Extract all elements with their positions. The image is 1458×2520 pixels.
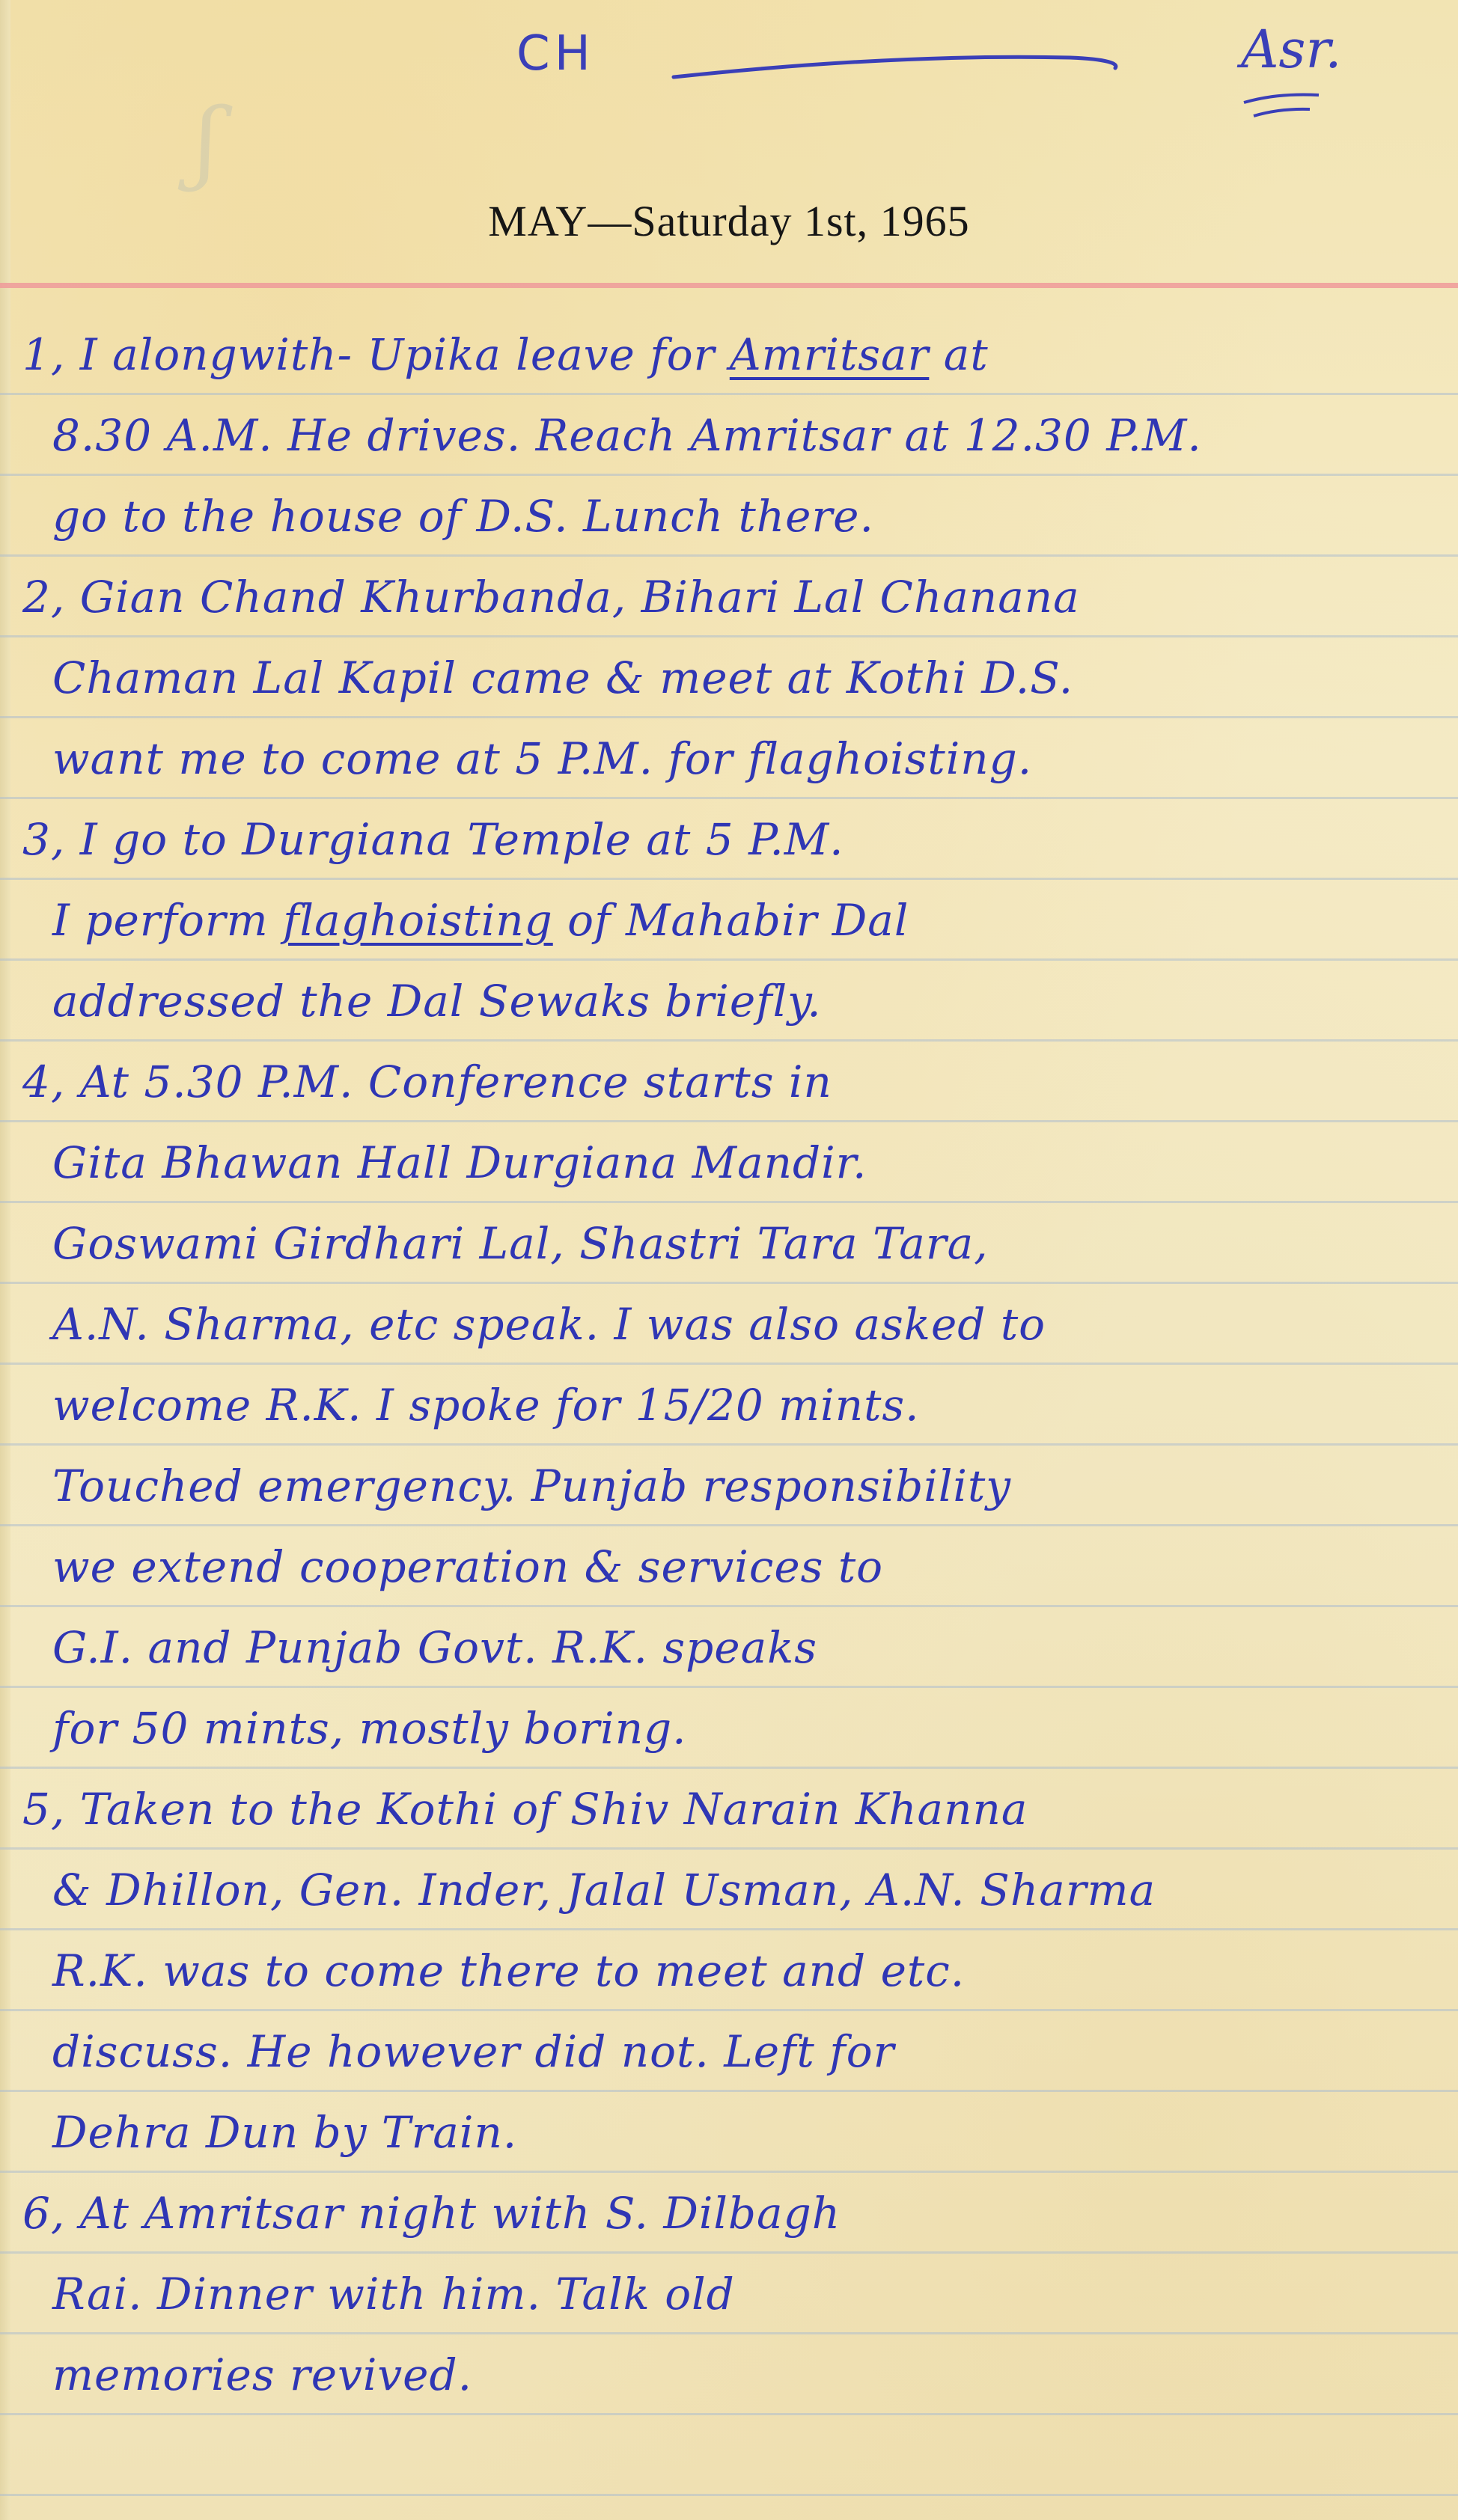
entry-text: & Dhillon, Gen. Inder, Jalal Usman, A.N.… xyxy=(52,1865,1156,1915)
entry-text: 4, At 5.30 P.M. Conference starts in xyxy=(22,1056,832,1107)
entry-text: go to the house of D.S. Lunch there. xyxy=(52,491,874,542)
double-underline-icon xyxy=(516,19,1415,123)
entry-text: Touched emergency. Punjab responsibility xyxy=(52,1461,1011,1511)
entry-line: addressed the Dal Sewaks briefly. xyxy=(22,961,1430,1042)
entry-line: G.I. and Punjab Govt. R.K. speaks xyxy=(22,1607,1430,1688)
diary-entries: 1, I alongwith- Upika leave for Amritsar… xyxy=(22,314,1430,2415)
entry-line: Touched emergency. Punjab responsibility xyxy=(22,1446,1430,1526)
diary-entry: 2, Gian Chand Khurbanda, Bihari Lal Chan… xyxy=(22,557,1430,799)
entry-text: I perform xyxy=(52,895,283,946)
entry-text: R.K. was to come there to meet and etc. xyxy=(52,1945,965,1996)
header-red-rule xyxy=(0,283,1458,288)
entry-line: go to the house of D.S. Lunch there. xyxy=(22,476,1430,557)
diary-entry: 3, I go to Durgiana Temple at 5 P.M.I pe… xyxy=(22,799,1430,1042)
entry-line: 1, I alongwith- Upika leave for Amritsar… xyxy=(22,314,1430,395)
route-annotation: CH Asr. xyxy=(516,19,1415,116)
entry-text: memories revived. xyxy=(52,2349,472,2400)
entry-line: memories revived. xyxy=(22,2334,1430,2415)
diary-entry: 5, Taken to the Kothi of Shiv Narain Kha… xyxy=(22,1769,1430,2173)
entry-text: 5, Taken to the Kothi of Shiv Narain Kha… xyxy=(22,1784,1028,1835)
page-date-header: MAY—Saturday 1st, 1965 xyxy=(0,196,1458,246)
entry-text: Dehra Dun by Train. xyxy=(52,2107,517,2158)
entry-text: at xyxy=(929,329,988,380)
underlined-text: flaghoisting xyxy=(283,895,553,946)
entry-text: 6, At Amritsar night with S. Dilbagh xyxy=(22,2188,841,2239)
entry-text: 8.30 A.M. He drives. Reach Amritsar at 1… xyxy=(52,410,1202,461)
diary-entry: 6, At Amritsar night with S. DilbaghRai.… xyxy=(22,2173,1430,2415)
entry-line: want me to come at 5 P.M. for flaghoisti… xyxy=(22,718,1430,799)
entry-line: Chaman Lal Kapil came & meet at Kothi D.… xyxy=(22,637,1430,718)
diary-entry: 1, I alongwith- Upika leave for Amritsar… xyxy=(22,314,1430,557)
diary-entry: 4, At 5.30 P.M. Conference starts inGita… xyxy=(22,1042,1430,1769)
entry-line: Rai. Dinner with him. Talk old xyxy=(22,2254,1430,2334)
entry-text: G.I. and Punjab Govt. R.K. speaks xyxy=(52,1622,817,1673)
entry-line: A.N. Sharma, etc speak. I was also asked… xyxy=(22,1284,1430,1365)
underlined-text: Amritsar xyxy=(730,329,930,380)
entry-text: Gita Bhawan Hall Durgiana Mandir. xyxy=(52,1137,867,1188)
entry-line: 2, Gian Chand Khurbanda, Bihari Lal Chan… xyxy=(22,557,1430,637)
entry-line: 8.30 A.M. He drives. Reach Amritsar at 1… xyxy=(22,395,1430,476)
entry-text: welcome R.K. I spoke for 15/20 mints. xyxy=(52,1380,920,1431)
entry-text: Rai. Dinner with him. Talk old xyxy=(52,2269,735,2319)
entry-text: addressed the Dal Sewaks briefly. xyxy=(52,976,822,1027)
entry-text: want me to come at 5 P.M. for flaghoisti… xyxy=(52,733,1032,784)
entry-text: for 50 mints, mostly boring. xyxy=(52,1703,687,1754)
entry-line: 5, Taken to the Kothi of Shiv Narain Kha… xyxy=(22,1769,1430,1850)
entry-line: 3, I go to Durgiana Temple at 5 P.M. xyxy=(22,799,1430,880)
entry-text: 3, I go to Durgiana Temple at 5 P.M. xyxy=(22,814,844,865)
entry-text: we extend cooperation & services to xyxy=(52,1541,883,1592)
entry-text: A.N. Sharma, etc speak. I was also asked… xyxy=(52,1299,1046,1350)
entry-line: for 50 mints, mostly boring. xyxy=(22,1688,1430,1769)
entry-text: discuss. He however did not. Left for xyxy=(52,2026,894,2077)
entry-text: of Mahabir Dal xyxy=(553,895,909,946)
entry-text: Chaman Lal Kapil came & meet at Kothi D.… xyxy=(52,652,1073,703)
entry-line: Goswami Girdhari Lal, Shastri Tara Tara, xyxy=(22,1203,1430,1284)
entry-line: welcome R.K. I spoke for 15/20 mints. xyxy=(22,1365,1430,1446)
entry-line: Gita Bhawan Hall Durgiana Mandir. xyxy=(22,1122,1430,1203)
diary-page: ʃ CH Asr. MAY—Saturday 1st, 1965 1, I al… xyxy=(0,0,1458,2520)
entry-line: Dehra Dun by Train. xyxy=(22,2092,1430,2173)
entry-line: we extend cooperation & services to xyxy=(22,1526,1430,1607)
entry-line: & Dhillon, Gen. Inder, Jalal Usman, A.N.… xyxy=(22,1850,1430,1930)
entry-line: 4, At 5.30 P.M. Conference starts in xyxy=(22,1042,1430,1122)
entry-line: discuss. He however did not. Left for xyxy=(22,2011,1430,2092)
entry-line: I perform flaghoisting of Mahabir Dal xyxy=(22,880,1430,961)
entry-text: 1, I alongwith- Upika leave for xyxy=(22,329,730,380)
entry-line: 6, At Amritsar night with S. Dilbagh xyxy=(22,2173,1430,2254)
entry-text: 2, Gian Chand Khurbanda, Bihari Lal Chan… xyxy=(22,572,1080,623)
entry-line: R.K. was to come there to meet and etc. xyxy=(22,1930,1430,2011)
ink-bleed-through: ʃ xyxy=(195,90,219,194)
entry-text: Goswami Girdhari Lal, Shastri Tara Tara, xyxy=(52,1218,989,1269)
